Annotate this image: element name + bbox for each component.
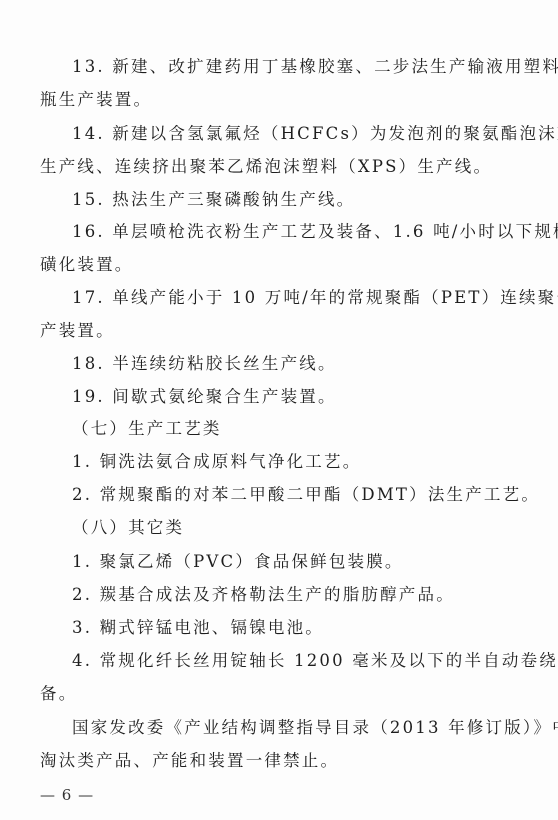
- section-7-heading: （七）生产工艺类: [72, 419, 222, 439]
- item-18: 18. 半连续纺粘胶长丝生产线。: [72, 354, 337, 374]
- section-8-item-4-line-2: 备。: [40, 684, 77, 704]
- page-number: — 6 —: [40, 786, 94, 804]
- section-8-item-1: 1. 聚氯乙烯（PVC）食品保鲜包装膜。: [72, 552, 404, 572]
- item-16-line-2: 磺化装置。: [40, 255, 134, 275]
- section-8-heading: （八）其它类: [72, 518, 184, 538]
- item-19: 19. 间歇式氨纶聚合生产装置。: [72, 387, 337, 407]
- closing-line-1: 国家发改委《产业结构调整指导目录（2013 年修订版）》中: [72, 718, 558, 738]
- section-7-item-1: 1. 铜洗法氨合成原料气净化工艺。: [72, 452, 361, 472]
- closing-line-2: 淘汰类产品、产能和装置一律禁止。: [40, 751, 339, 771]
- section-8-item-3: 3. 糊式锌锰电池、镉镍电池。: [72, 618, 324, 638]
- item-14-line-1: 14. 新建以含氢氯氟烃（HCFCs）为发泡剂的聚氨酯泡沫塑料: [72, 124, 558, 144]
- item-13-line-1: 13. 新建、改扩建药用丁基橡胶塞、二步法生产输液用塑料: [72, 57, 558, 77]
- item-15: 15. 热法生产三聚磷酸钠生产线。: [72, 190, 355, 210]
- section-8-item-4-line-1: 4. 常规化纤长丝用锭轴长 1200 毫米及以下的半自动卷绕设: [72, 651, 558, 671]
- item-16-line-1: 16. 单层喷枪洗衣粉生产工艺及装备、1.6 吨/小时以下规模: [72, 222, 558, 242]
- item-13-line-2: 瓶生产装置。: [40, 90, 152, 110]
- item-17-line-2: 产装置。: [40, 321, 115, 341]
- section-7-item-2: 2. 常规聚酯的对苯二甲酸二甲酯（DMT）法生产工艺。: [72, 485, 540, 505]
- section-8-item-2: 2. 羰基合成法及齐格勒法生产的脂肪醇产品。: [72, 585, 455, 605]
- document-page: 13. 新建、改扩建药用丁基橡胶塞、二步法生产输液用塑料 瓶生产装置。 14. …: [0, 0, 558, 820]
- item-14-line-2: 生产线、连续挤出聚苯乙烯泡沫塑料（XPS）生产线。: [40, 157, 492, 177]
- item-17-line-1: 17. 单线产能小于 10 万吨/年的常规聚酯（PET）连续聚合生: [72, 288, 558, 308]
